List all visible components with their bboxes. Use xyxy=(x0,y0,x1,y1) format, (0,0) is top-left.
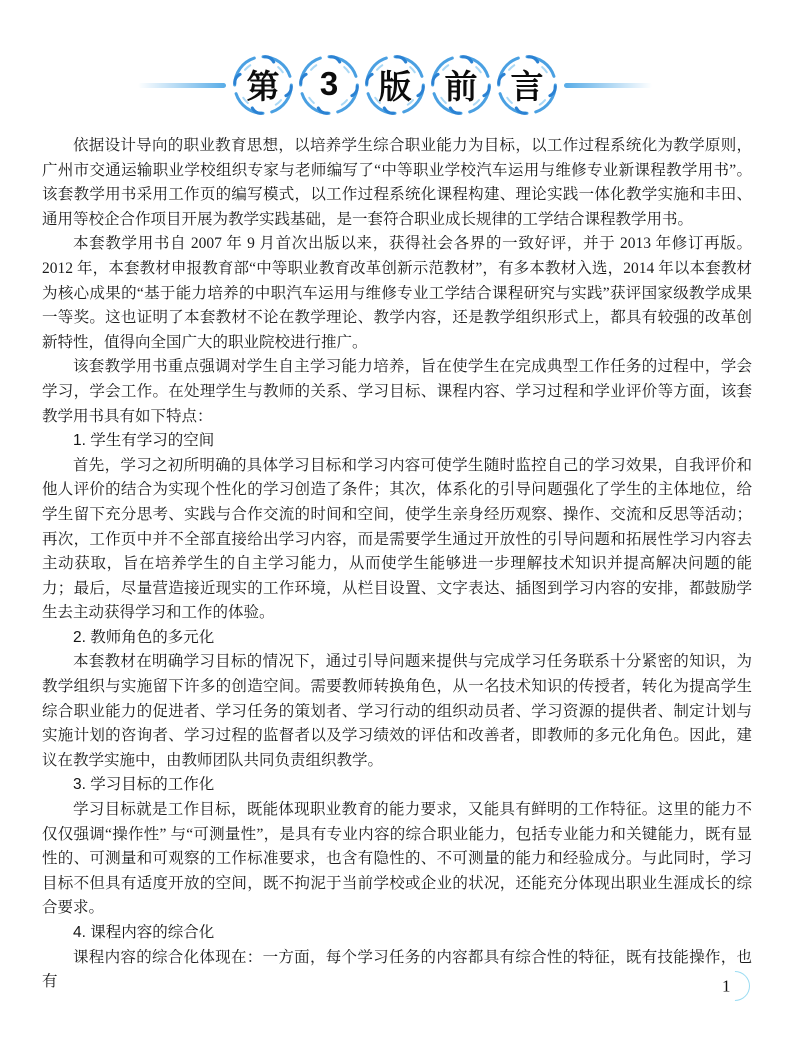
body-paragraph: 学习目标就是工作目标，既能体现职业教育的能力要求，又能具有鲜明的工作特征。这里的… xyxy=(42,798,752,921)
title-char: 言 xyxy=(494,52,560,118)
title-badge: 版 xyxy=(362,52,428,118)
title-badge: 第 xyxy=(230,52,296,118)
page-number-arc-icon xyxy=(714,965,756,1007)
chapter-title-band: 第 3 版 前 言 xyxy=(0,52,790,118)
body-paragraph: 课程内容的综合化体现在：一方面，每个学习任务的内容都具有综合性的特征，既有技能操… xyxy=(42,946,752,995)
page-number: 1 xyxy=(722,977,731,997)
section-heading-1: 1. 学生有学习的空间 xyxy=(42,429,752,454)
body-paragraph: 首先，学习之初所明确的具体学习目标和学习内容可使学生随时监控自己的学习效果，自我… xyxy=(42,454,752,626)
title-badge: 3 xyxy=(296,52,362,118)
page-number-block: 1 xyxy=(716,971,750,1003)
section-heading-3: 3. 学习目标的工作化 xyxy=(42,773,752,798)
section-heading-2: 2. 教师角色的多元化 xyxy=(42,626,752,651)
title-char: 第 xyxy=(230,52,296,118)
title-badge: 言 xyxy=(494,52,560,118)
title-badge: 前 xyxy=(428,52,494,118)
title-rule-left xyxy=(138,83,226,88)
title-char: 前 xyxy=(428,52,494,118)
body-paragraph: 依据设计导向的职业教育思想，以培养学生综合职业能力为目标，以工作过程系统化为教学… xyxy=(42,134,752,232)
body-paragraph: 该套教学用书重点强调对学生自主学习能力培养，旨在使学生在完成典型工作任务的过程中… xyxy=(42,355,752,429)
book-preface-page: 第 3 版 前 言 依据设计导向的职业教育思想，以培养学生综合职业能力为目标，以… xyxy=(0,0,790,1037)
body-paragraph: 本套教材在明确学习目标的情况下，通过引导问题来提供与完成学习任务联系十分紧密的知… xyxy=(42,650,752,773)
title-rule-right xyxy=(564,83,652,88)
preface-body: 依据设计导向的职业教育思想，以培养学生综合职业能力为目标，以工作过程系统化为教学… xyxy=(42,134,752,995)
title-char: 版 xyxy=(362,52,428,118)
title-char: 3 xyxy=(296,52,362,118)
body-paragraph: 本套教学用书自 2007 年 9 月首次出版以来，获得社会各界的一致好评，并于 … xyxy=(42,232,752,355)
section-heading-4: 4. 课程内容的综合化 xyxy=(42,921,752,946)
